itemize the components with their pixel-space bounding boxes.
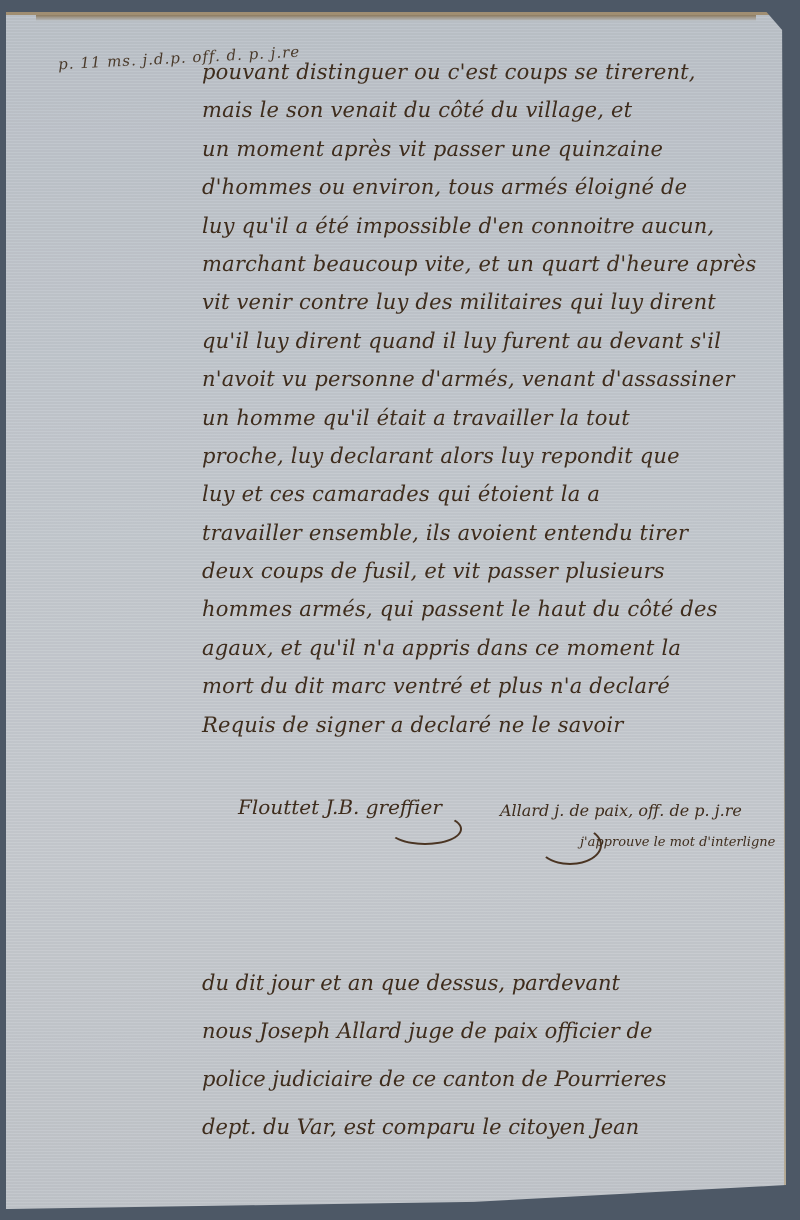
paragraph-1: pouvant distinguer ou c'est coups se tir…: [202, 53, 782, 744]
text-line: nous Joseph Allard juge de paix officier…: [202, 1007, 782, 1055]
text-line: luy qu'il a été impossible d'en connoitr…: [202, 207, 782, 245]
signature-block: Flouttet J.B. greffier Allard j. de paix…: [238, 795, 798, 875]
text-line: du dit jour et an que dessus, pardevant: [202, 959, 782, 1007]
text-line: agaux, et qu'il n'a appris dans ce momen…: [202, 629, 782, 667]
text-line: marchant beaucoup vite, et un quart d'he…: [202, 245, 782, 283]
paragraph-2: du dit jour et an que dessus, pardevant …: [202, 959, 782, 1151]
text-line: mais le son venait du côté du village, e…: [202, 91, 782, 129]
text-line: luy et ces camarades qui étoient la a: [202, 475, 782, 513]
text-line: travailler ensemble, ils avoient entendu…: [202, 514, 782, 552]
manuscript-page: p. 11 ms. j.d.p. off. d. p. j.re pouvant…: [6, 12, 786, 1209]
text-line: qu'il luy dirent quand il luy furent au …: [202, 322, 782, 360]
text-line: Requis de signer a declaré ne le savoir: [202, 706, 782, 744]
text-line: police judiciaire de ce canton de Pourri…: [202, 1055, 782, 1103]
text-line: proche, luy declarant alors luy repondit…: [202, 437, 782, 475]
text-line: deux coups de fusil, et vit passer plusi…: [202, 552, 782, 590]
approval-note: j'approuve le mot d'interligne: [580, 835, 775, 850]
text-line: vit venir contre luy des militaires qui …: [202, 283, 782, 321]
text-line: d'hommes ou environ, tous armés éloigné …: [202, 168, 782, 206]
text-line: un moment après vit passer une quinzaine: [202, 130, 782, 168]
signature-flourish: [388, 813, 462, 845]
text-line: pouvant distinguer ou c'est coups se tir…: [202, 53, 782, 91]
text-line: un homme qu'il était a travailler la tou…: [202, 399, 782, 437]
text-line: dept. du Var, est comparu le citoyen Jea…: [202, 1103, 782, 1151]
page-stained-edge: [36, 15, 756, 21]
signature-juge: Allard j. de paix, off. de p. j.re: [500, 801, 742, 820]
text-line: n'avoit vu personne d'armés, venant d'as…: [202, 360, 782, 398]
text-line: hommes armés, qui passent le haut du côt…: [202, 590, 782, 628]
text-line: mort du dit marc ventré et plus n'a decl…: [202, 667, 782, 705]
